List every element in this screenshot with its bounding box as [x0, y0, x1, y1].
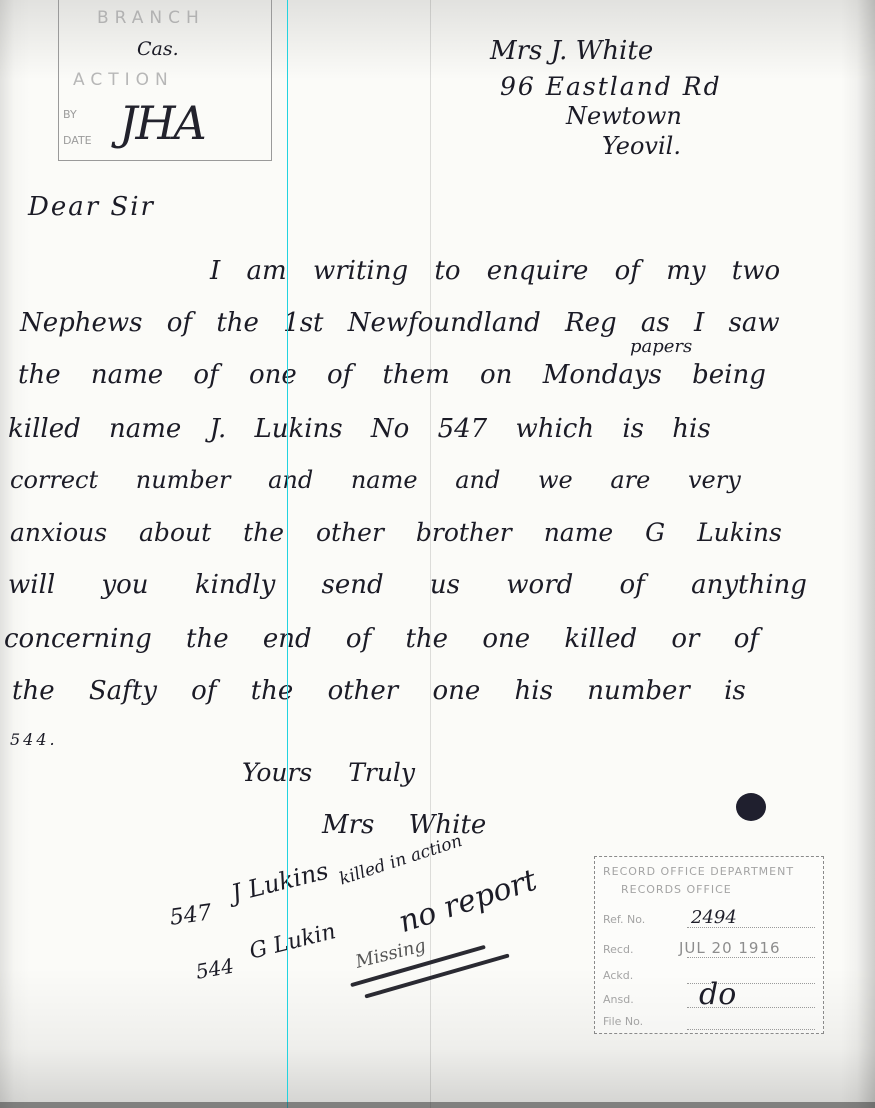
- closing: Yours Truly: [242, 758, 415, 787]
- scan-edge-shadow: [0, 1102, 875, 1108]
- signature: Mrs White: [322, 810, 486, 840]
- stamp-section: Cas.: [137, 38, 179, 60]
- acknowledged-label: Ackd.: [603, 969, 633, 982]
- body-line: I am writing to enquire of my two: [210, 256, 780, 286]
- answered-label: Ansd.: [603, 993, 634, 1006]
- received-date: JUL 20 1916: [679, 939, 781, 957]
- body-line: will you kindly send us word of anything: [8, 570, 807, 600]
- stamp-initials: JHA: [119, 96, 205, 150]
- ref-value: 2494: [691, 907, 737, 928]
- stamp-header: RECORD OFFICE DEPARTMENT: [603, 865, 794, 878]
- stamp-title: BRANCH: [97, 8, 205, 28]
- record-office-stamp: RECORD OFFICE DEPARTMENT RECORDS OFFICE …: [594, 856, 824, 1034]
- cyan-guide-line: [287, 0, 288, 1108]
- body-line: killed name J. Lukins No 547 which is hi…: [8, 414, 711, 444]
- body-line: the name of one of them on Mondays being: [18, 360, 766, 390]
- salutation: Dear Sir: [28, 192, 155, 222]
- stamp-by-label: BY: [63, 108, 77, 121]
- file-number-label: File No.: [603, 1015, 643, 1028]
- body-line: correct number and name and we are very: [10, 466, 741, 494]
- body-line: 544.: [10, 730, 58, 749]
- stamp-action-label: ACTION: [73, 70, 174, 90]
- file-field-line: [687, 1029, 815, 1030]
- answered-value: do: [699, 977, 736, 1012]
- sender-name: Mrs J. White: [490, 36, 653, 66]
- stamp-date-label: DATE: [63, 134, 92, 147]
- sender-town: Yeovil.: [602, 132, 681, 160]
- sender-street: 96 Eastland Rd: [500, 72, 722, 101]
- punch-hole: [736, 793, 766, 821]
- received-field-line: [687, 957, 815, 958]
- fold-crease: [430, 0, 431, 1108]
- body-line: Nephews of the 1st Newfoundland Reg as I…: [20, 308, 780, 338]
- branch-stamp: BRANCH Cas. ACTION BY DATE JHA: [58, 0, 272, 161]
- stamp-subheader: RECORDS OFFICE: [621, 883, 732, 896]
- received-label: Recd.: [603, 943, 633, 956]
- body-line: concerning the end of the one killed or …: [4, 624, 759, 654]
- body-line: anxious about the other brother name G L…: [10, 518, 782, 547]
- body-line: the Safty of the other one his number is: [12, 676, 746, 706]
- ref-label: Ref. No.: [603, 913, 645, 926]
- sender-district: Newtown: [566, 102, 682, 130]
- inserted-word: papers: [630, 336, 692, 357]
